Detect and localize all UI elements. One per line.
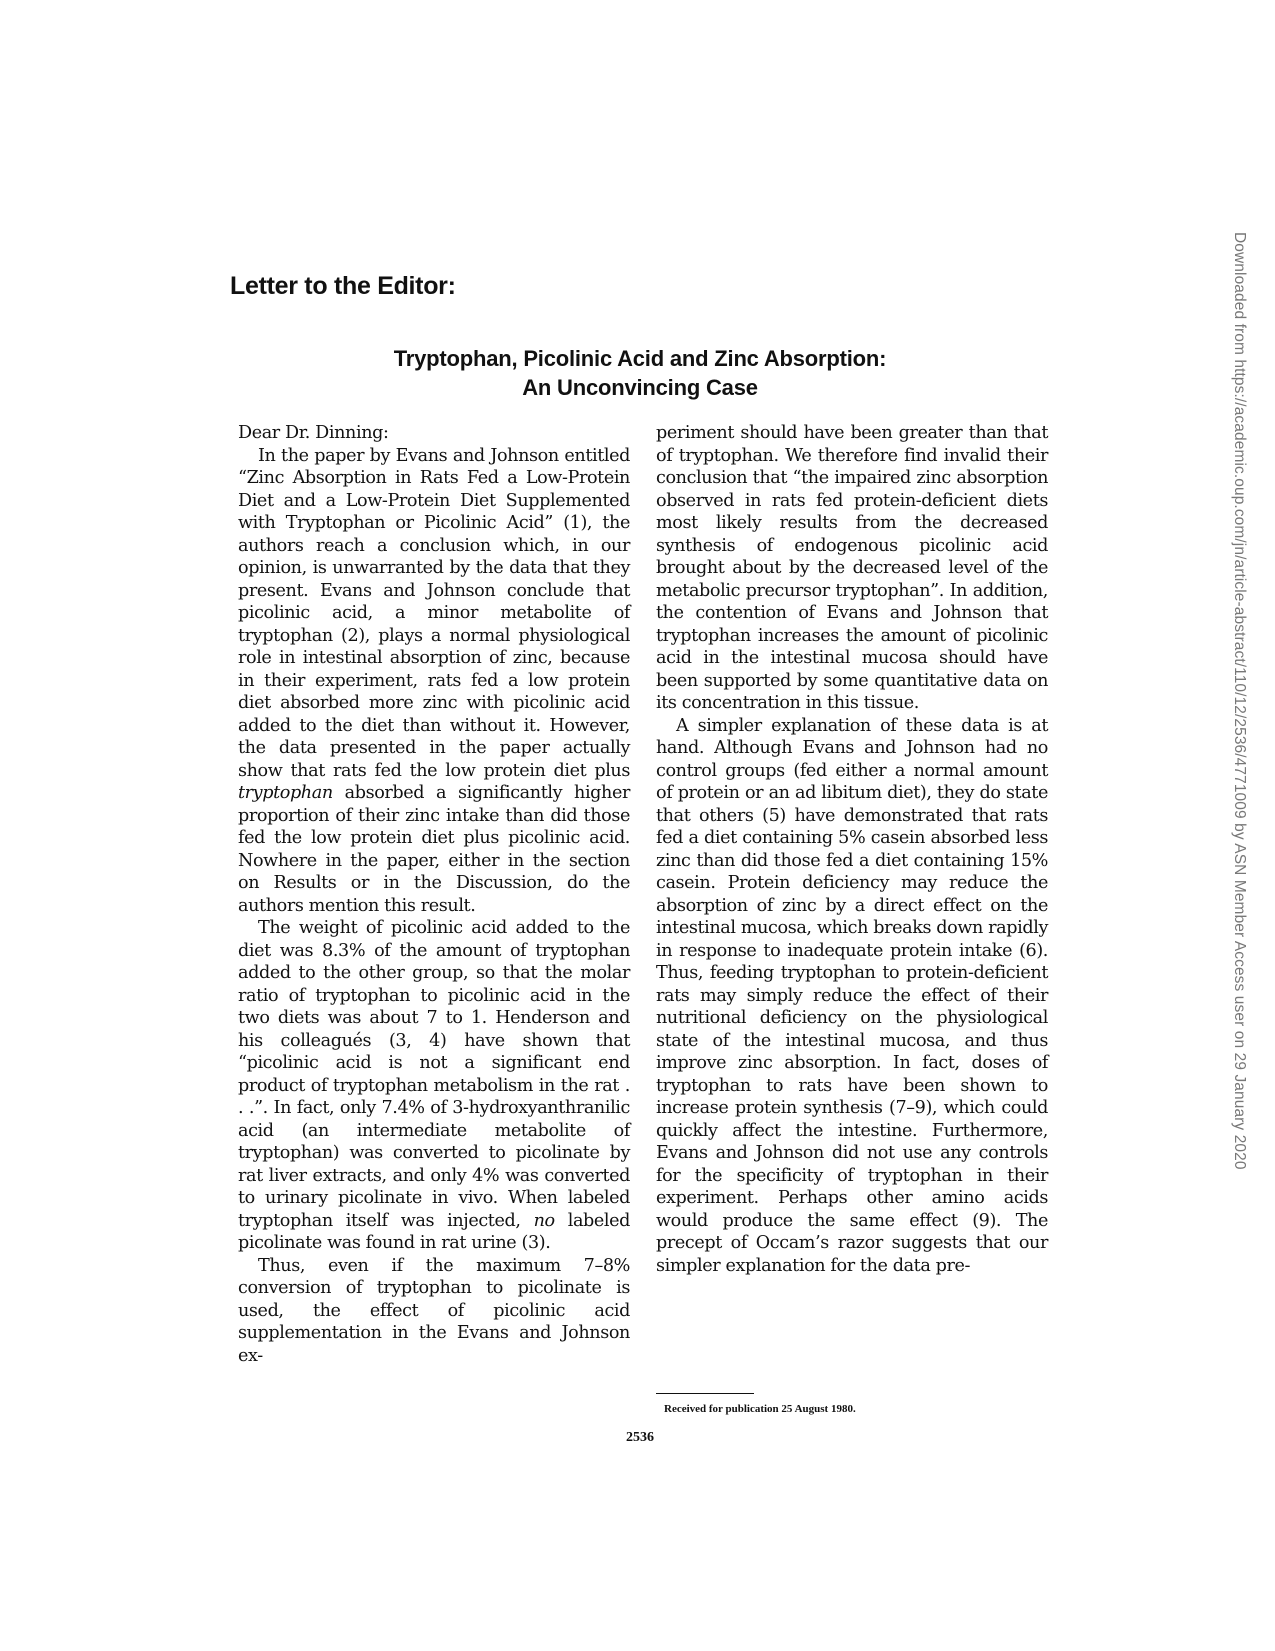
download-watermark: Downloaded from https://academic.oup.com…: [1230, 232, 1248, 1170]
article-title: Tryptophan, Picolinic Acid and Zinc Abso…: [230, 344, 1050, 402]
emphasis-text: no: [534, 1211, 555, 1231]
left-column: Dear Dr. Dinning: In the paper by Evans …: [238, 422, 630, 1367]
footnote-received: Received for publication 25 August 1980.: [664, 1403, 856, 1415]
footnote-divider: [656, 1393, 754, 1394]
page-number: 2536: [620, 1430, 660, 1446]
paragraph: Thus, even if the maximum 7–8% conversio…: [238, 1255, 630, 1368]
right-column: periment should have been greater than t…: [656, 422, 1048, 1277]
salutation: Dear Dr. Dinning:: [238, 422, 630, 445]
paragraph: In the paper by Evans and Johnson entitl…: [238, 445, 630, 918]
emphasis-text: tryptophan: [238, 783, 333, 803]
paragraph-text: In the paper by Evans and Johnson entitl…: [238, 446, 630, 781]
paragraph-text: The weight of picolinic acid added to th…: [238, 918, 630, 1231]
title-line-2: An Unconvincing Case: [230, 373, 1050, 402]
title-line-1: Tryptophan, Picolinic Acid and Zinc Abso…: [230, 344, 1050, 373]
section-label: Letter to the Editor:: [230, 272, 456, 301]
paragraph: The weight of picolinic acid added to th…: [238, 917, 630, 1255]
paragraph: periment should have been greater than t…: [656, 422, 1048, 715]
paragraph: A simpler explanation of these data is a…: [656, 715, 1048, 1278]
